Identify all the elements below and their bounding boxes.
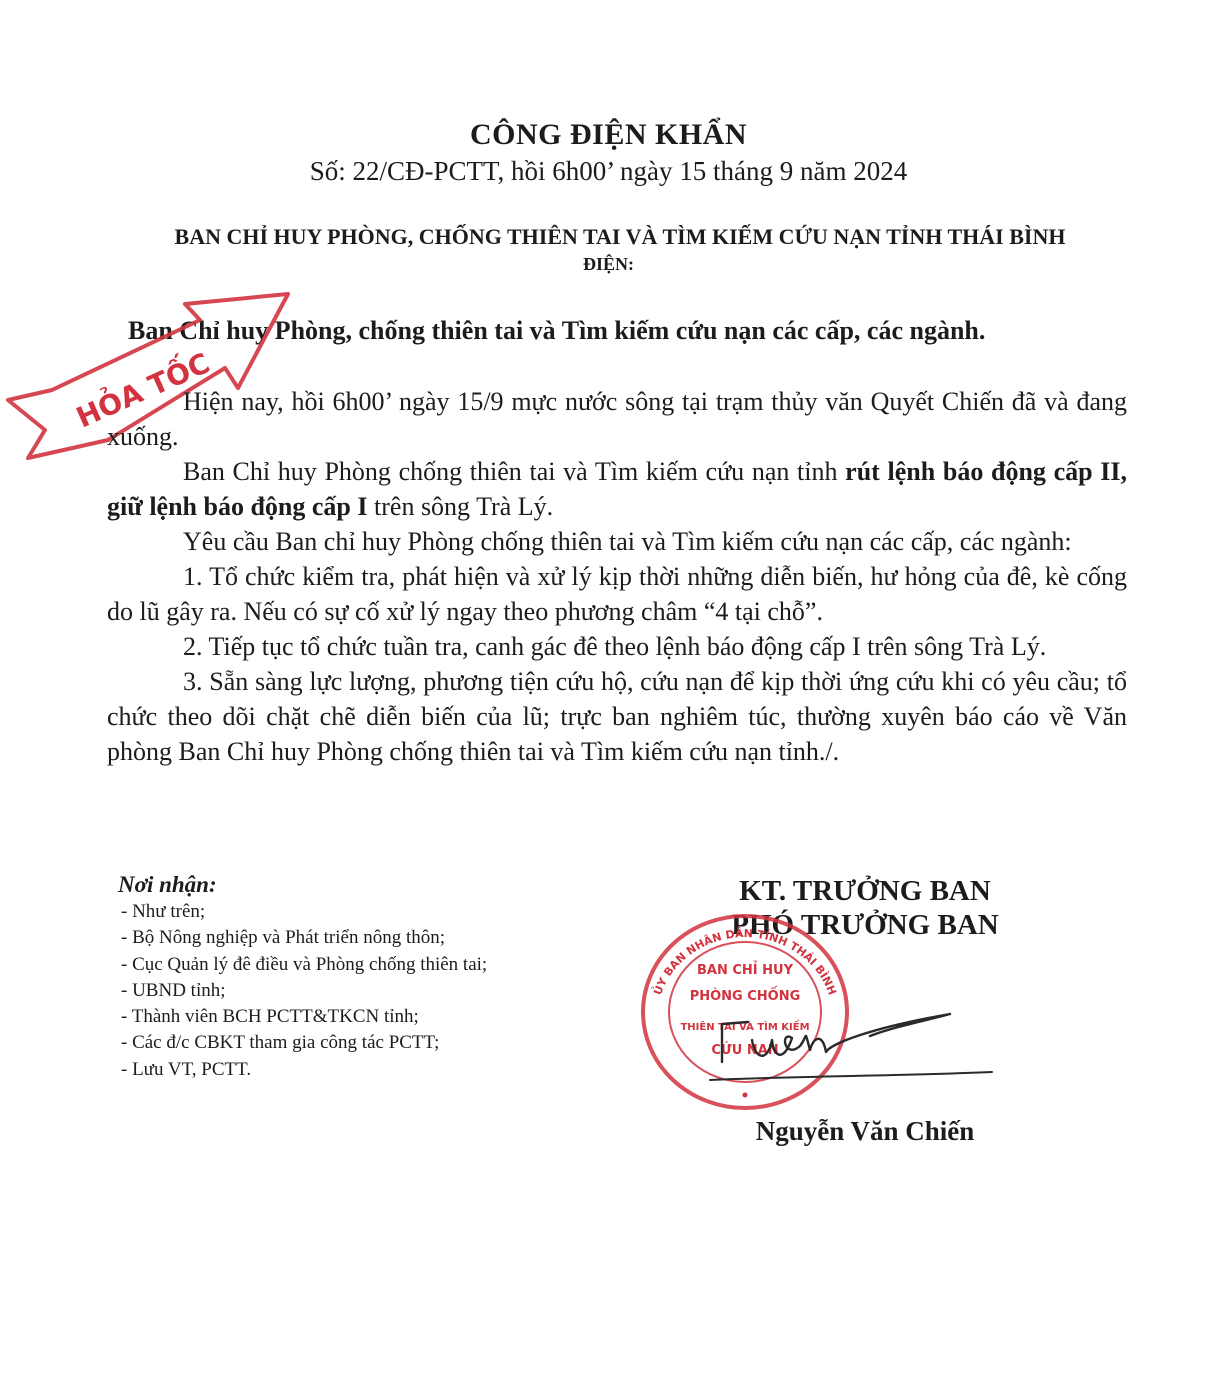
distribution-item: - Cục Quản lý đê điều và Phòng chống thi… <box>118 952 487 978</box>
distribution-item: - Bộ Nông nghiệp và Phát triển nông thôn… <box>118 925 487 951</box>
distribution-item: - UBND tỉnh; <box>118 978 487 1004</box>
signature-title-1: KT. TRƯỞNG BAN <box>700 874 1030 908</box>
distribution-item: - Như trên; <box>118 899 487 925</box>
distribution-list: Nơi nhận: - Như trên; - Bộ Nông nghiệp v… <box>118 872 487 1083</box>
handwritten-signature <box>700 1000 1010 1090</box>
document-body: Hiện nay, hồi 6h00’ ngày 15/9 mực nước s… <box>107 384 1127 769</box>
paragraph-status: Hiện nay, hồi 6h00’ ngày 15/9 mực nước s… <box>107 384 1127 454</box>
document-title: CÔNG ĐIỆN KHẨN <box>0 118 1217 152</box>
paragraph-alert-level: Ban Chỉ huy Phòng chống thiên tai và Tìm… <box>107 454 1127 524</box>
distribution-label: Nơi nhận: <box>118 872 487 898</box>
svg-text:BAN CHỈ HUY: BAN CHỈ HUY <box>697 961 794 978</box>
signer-name: Nguyễn Văn Chiến <box>700 1116 1030 1147</box>
distribution-item: - Các đ/c CBKT tham gia công tác PCTT; <box>118 1030 487 1056</box>
list-item-2: 2. Tiếp tục tổ chức tuần tra, canh gác đ… <box>107 629 1127 664</box>
document-number-line: Số: 22/CĐ-PCTT, hồi 6h00’ ngày 15 tháng … <box>0 156 1217 187</box>
issuer-name: BAN CHỈ HUY PHÒNG, CHỐNG THIÊN TAI VÀ TÌ… <box>100 224 1140 250</box>
list-item-1: 1. Tổ chức kiểm tra, phát hiện và xử lý … <box>107 559 1127 629</box>
paragraph-request: Yêu cầu Ban chỉ huy Phòng chống thiên ta… <box>107 524 1127 559</box>
distribution-item: - Thành viên BCH PCTT&TKCN tỉnh; <box>118 1004 487 1030</box>
list-item-3: 3. Sẵn sàng lực lượng, phương tiện cứu h… <box>107 664 1127 769</box>
dien-label: ĐIỆN: <box>0 254 1217 275</box>
distribution-item: - Lưu VT, PCTT. <box>118 1057 487 1083</box>
